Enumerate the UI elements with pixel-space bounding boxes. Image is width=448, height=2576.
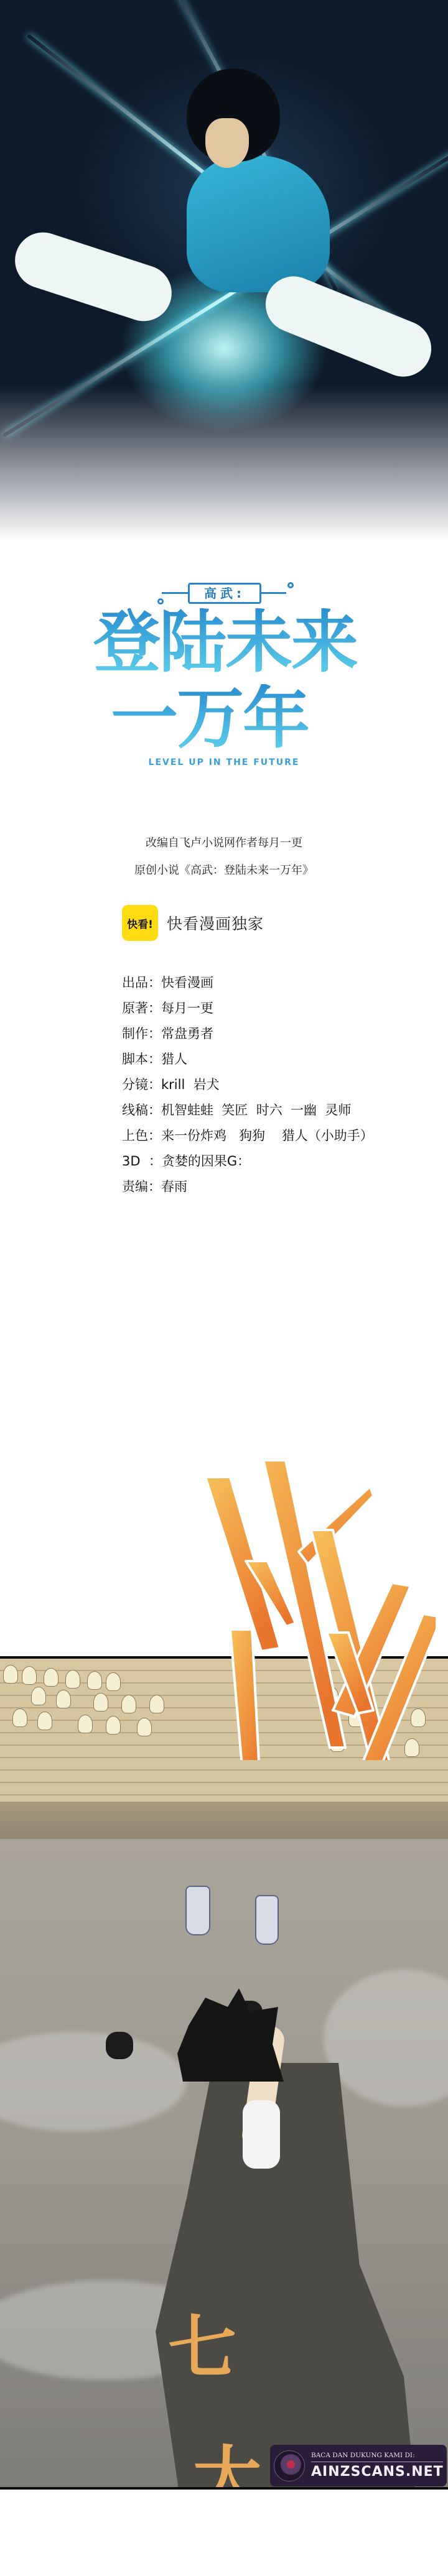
spectator [149,1695,164,1713]
original-novel-note: 原创小说《高武：登陆未来一万年》 [0,861,448,878]
credits-list: 出品：快看漫画 原著：每月一更 制作：常盘勇者 脚本：猎人 分镜：krill 岩… [122,970,373,1200]
credit-value: 来一份炸鸡 狗狗 猎人（小助手） [161,1123,373,1149]
coat-character: 七 [168,2293,236,2391]
credit-label: 3D ： [122,1149,162,1174]
spectator [106,1672,121,1691]
spectator [22,1666,37,1685]
protagonist-fist [106,2032,133,2059]
logo-circuit-line [261,592,286,594]
credit-value: 每月一更 [161,996,213,1021]
opponent-boot [185,1886,210,1935]
credit-value: krill 岩犬 [161,1072,220,1098]
credit-value: 猎人 [161,1047,187,1072]
credit-label: 上色： [122,1123,161,1149]
spectator [3,1665,18,1684]
comic-panel-arena: 七 大 [0,1656,448,2490]
hero-jacket [187,155,330,292]
logo-circuit-dot [287,582,294,588]
spectator [44,1668,58,1687]
cover-fade [0,386,448,541]
adaptation-note: 改编自飞卢小说网作者每月一更 [0,834,448,850]
impact-sound-effect [187,1462,436,1760]
credit-row: 3D ：贪婪的因果G： [122,1149,373,1174]
spectator [93,1693,108,1712]
spectator [65,1670,80,1689]
spectator [37,1712,52,1730]
logo-title-line1: 登陆未来 [93,608,357,678]
logo-subtitle: 高武: [188,583,261,604]
spectator [12,1708,27,1727]
spectator [121,1695,136,1713]
spectator [87,1671,102,1690]
hero-face [205,118,249,168]
credit-label: 线稿： [122,1098,161,1123]
protagonist-sleeve [243,2100,280,2169]
kuaikan-exclusive: 快看! 快看漫画独家 [122,904,264,942]
watermark-site[interactable]: AINZSCANS.NET [311,2464,447,2480]
scanlator-avatar-icon [274,2450,305,2481]
credit-row: 制作：常盘勇者 [122,1021,373,1047]
kuaikan-logo-icon: 快看! [122,905,158,941]
credit-row: 上色：来一份炸鸡 狗狗 猎人（小助手） [122,1123,373,1149]
exclusive-label: 快看漫画独家 [167,912,264,934]
coat-character: 大 [193,2424,261,2490]
title-logo: 高武: 登陆未来 一万年 LEVEL UP IN THE FUTURE [0,560,448,771]
credit-label: 原著： [122,996,161,1021]
credit-label: 责编： [122,1174,161,1200]
scanlator-watermark[interactable]: BACA DAN DUKUNG KAMI DI: AINZSCANS.NET [270,2445,447,2486]
cover-illustration [0,0,448,541]
credit-value: 贪婪的因果G： [162,1149,250,1174]
protagonist-hair [177,1988,289,2082]
credit-row: 责编：春雨 [122,1174,373,1200]
credit-row: 线稿：机智蛙蛙 笑匠 时六 一幽 灵师 [122,1098,373,1123]
credit-label: 分镜： [122,1072,161,1098]
spectator [31,1687,46,1705]
credit-row: 出品：快看漫画 [122,970,373,996]
hero-leg [7,225,179,328]
spectator [106,1716,121,1735]
credit-value: 机智蛙蛙 笑匠 时六 一幽 灵师 [161,1098,351,1123]
spectator [56,1690,71,1708]
credit-label: 制作： [122,1021,161,1047]
credit-label: 脚本： [122,1047,161,1072]
logo-circuit-line [162,592,188,594]
spectator [137,1718,152,1736]
logo-title-line2: 一万年 [111,684,309,754]
credit-value: 快看漫画 [161,970,213,996]
credit-row: 分镜：krill 岩犬 [122,1072,373,1098]
spectator [78,1715,93,1733]
opponent-boot [255,1895,279,1945]
credit-value: 春雨 [161,1174,187,1200]
watermark-tagline: BACA DAN DUKUNG KAMI DI: [311,2452,443,2462]
credit-row: 脚本：猎人 [122,1047,373,1072]
credit-label: 出品： [122,970,161,996]
credit-value: 常盘勇者 [161,1021,213,1047]
protagonist-back-view: 七 大 [62,1988,411,2490]
logo-english-subtitle: LEVEL UP IN THE FUTURE [0,758,448,767]
credit-row: 原著：每月一更 [122,996,373,1021]
